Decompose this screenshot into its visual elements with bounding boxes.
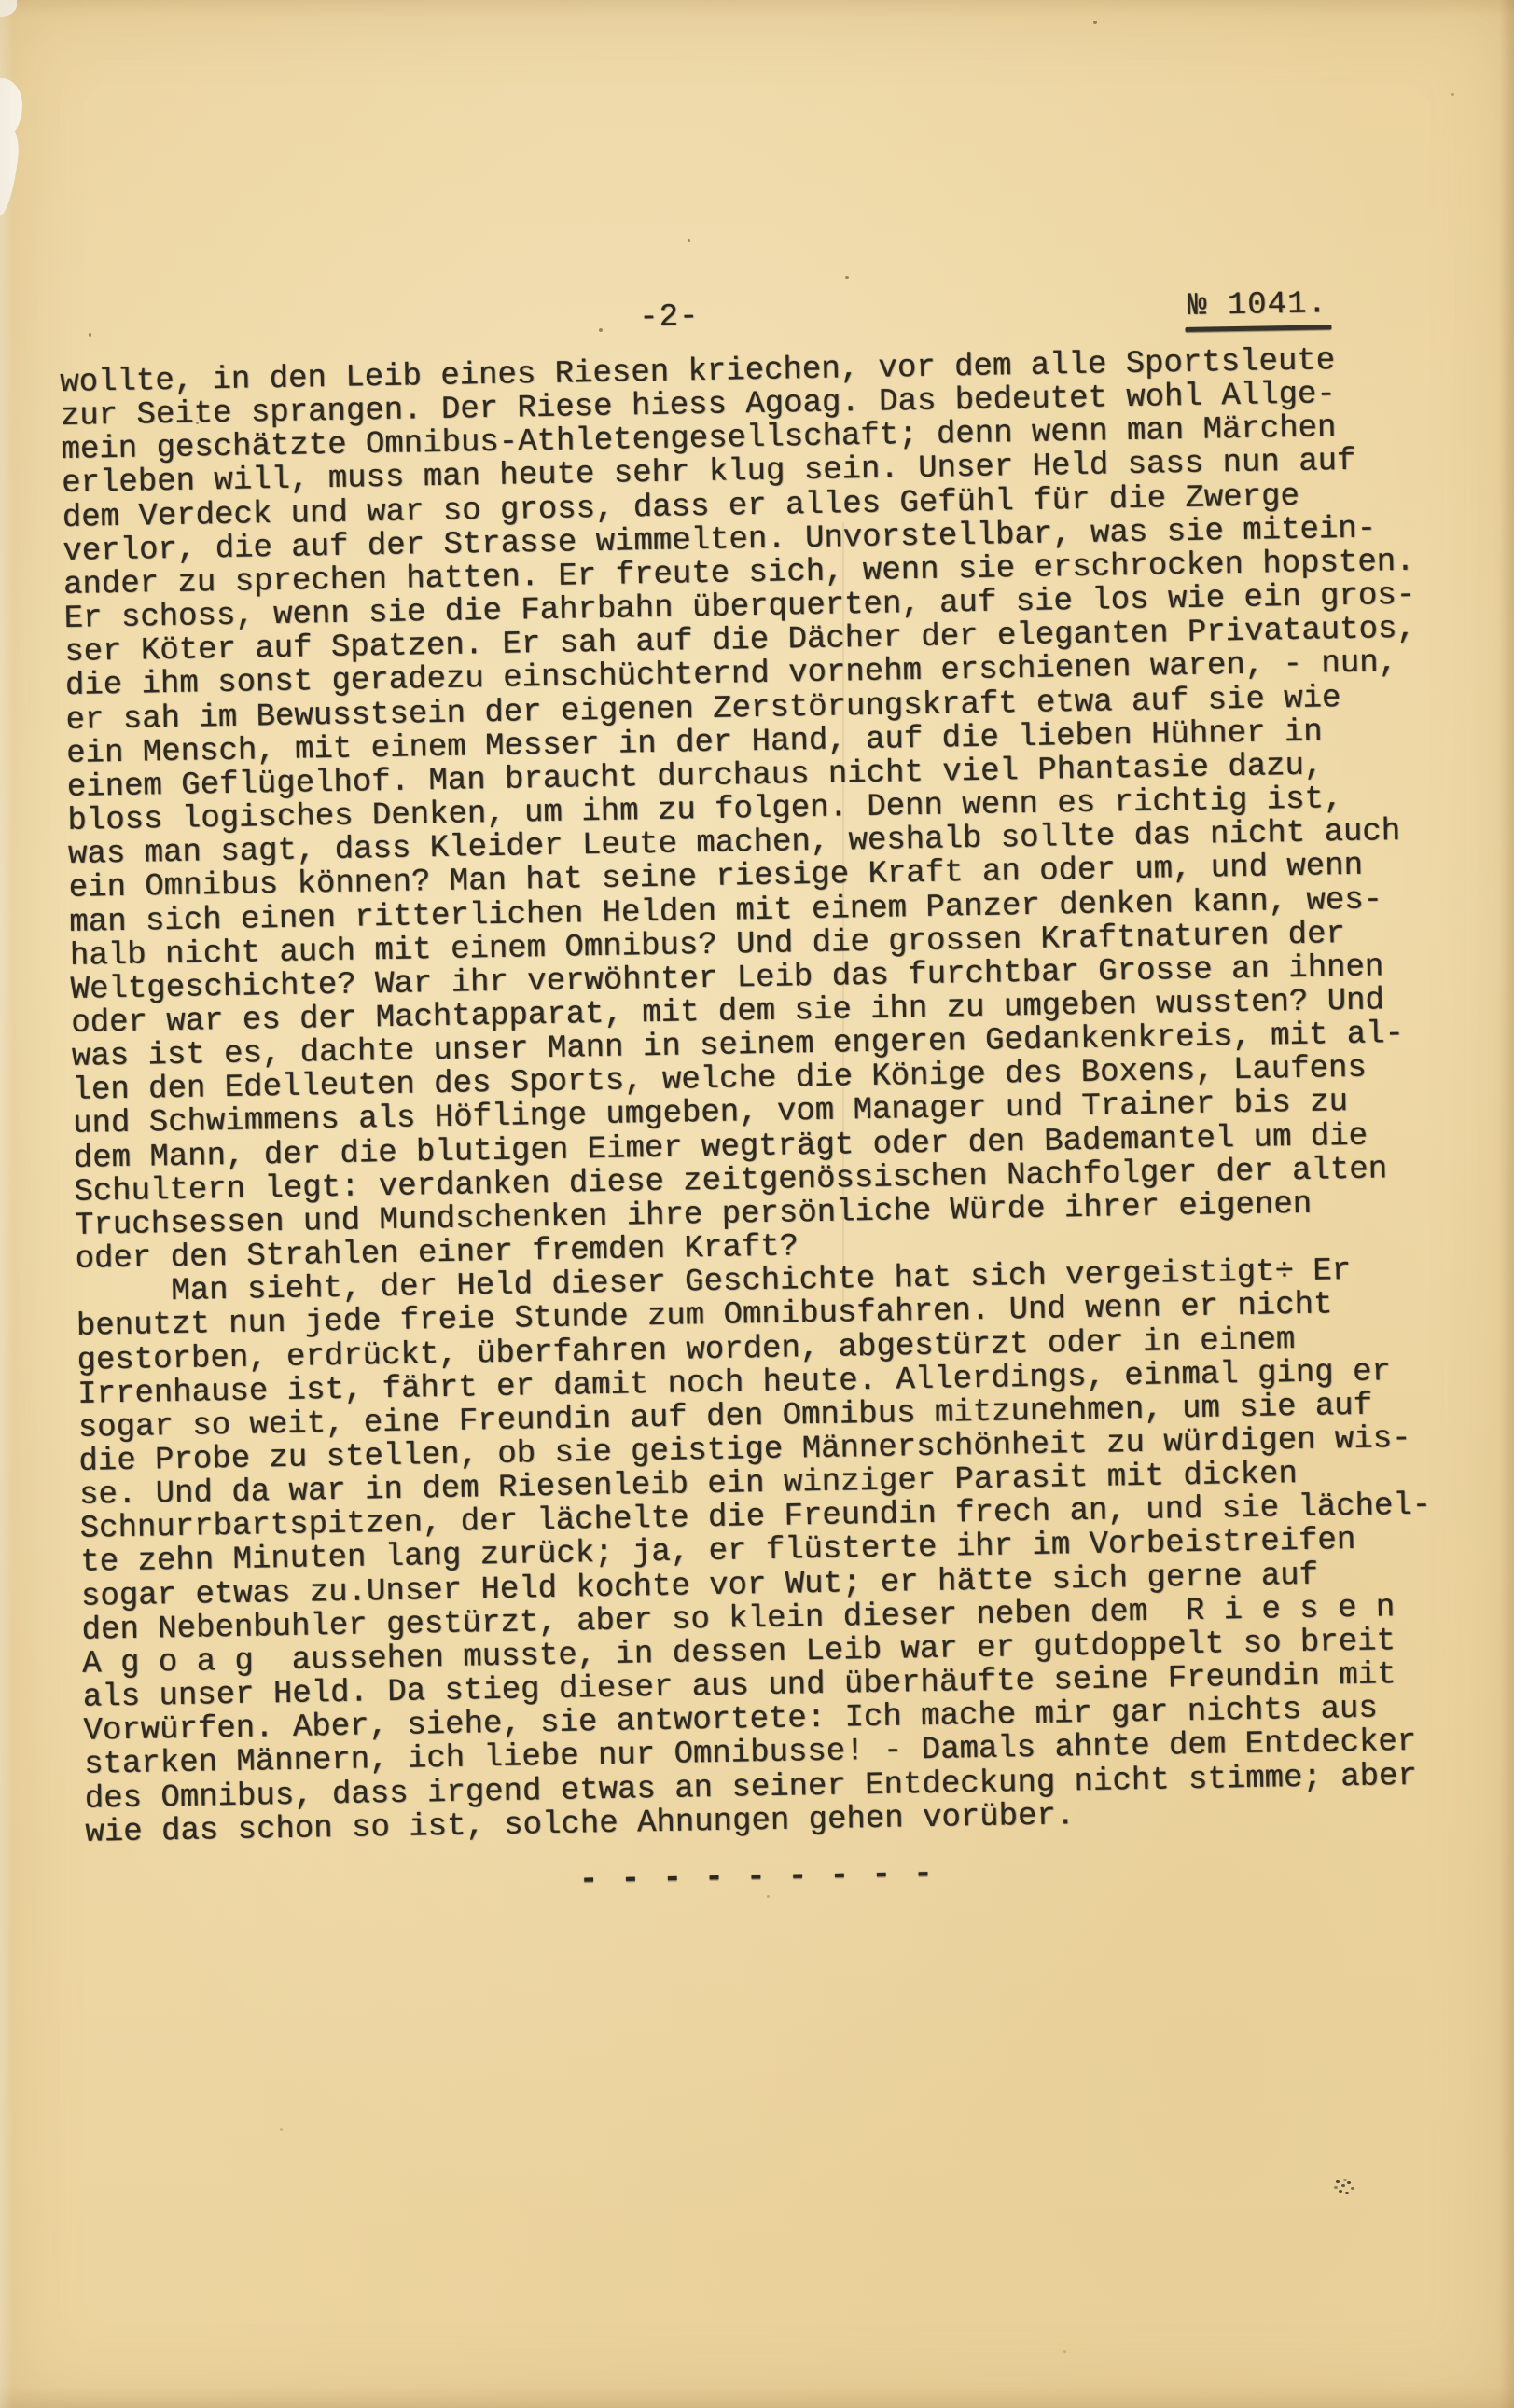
page-content: -2- № 1041. wollte, in den Leib eines Ri…	[0, 0, 1514, 2408]
document-number: № 1041.	[1188, 287, 1327, 325]
typewritten-text: wollte, in den Leib eines Riesen krieche…	[60, 343, 1437, 1850]
page-number: -2-	[639, 300, 700, 336]
scanned-page: -2- № 1041. wollte, in den Leib eines Ri…	[0, 0, 1514, 2408]
dashed-separator: - - - - - - - - -	[60, 1848, 1453, 1907]
